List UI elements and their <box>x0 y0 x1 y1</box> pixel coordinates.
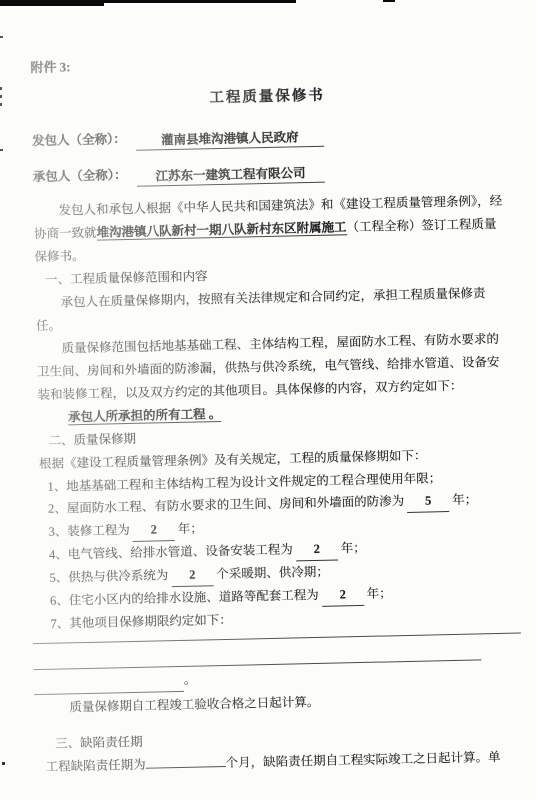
scanned-document-page: 附件 3: 工程质量保修书 发包人（全称）：灌南县堆沟港镇人民政府 承包人（全称… <box>0 0 536 800</box>
employer-value-underline: 灌南县堆沟港镇人民政府 <box>136 126 324 151</box>
contractor-label: 承包人（全称）： <box>33 168 127 184</box>
item-text: 3、装修工程为 <box>48 523 130 539</box>
item-text: 7、其他项目保修期限约定如下： <box>50 613 232 631</box>
preamble-paragraph: 发包人和承包人根据《中华人民共和国建筑法》和《建设工程质量管理条例》，经协商一致… <box>33 190 506 269</box>
scan-artifact <box>0 87 2 90</box>
scan-artifact <box>0 95 2 98</box>
blank-line-terminator: 。 <box>184 673 197 687</box>
contractor-row: 承包人（全称）：江苏东一建筑工程有限公司 <box>33 156 505 192</box>
blank-rule-lines: 。 <box>33 625 516 696</box>
scan-artifact <box>0 0 104 6</box>
blank-rule-line <box>34 667 185 695</box>
employer-row: 发包人（全称）：灌南县堆沟港镇人民政府 <box>32 120 504 156</box>
item-value-underline: 2 <box>171 563 213 587</box>
scan-artifact <box>0 36 3 38</box>
employer-label: 发包人（全称）： <box>32 132 126 148</box>
item-text: 6、住宅小区内的给排水设施、道路等配套工程为 <box>50 588 319 608</box>
scan-artifact <box>0 149 3 151</box>
defect-months-blank <box>146 765 226 768</box>
scan-artifact <box>0 103 2 106</box>
item-value-underline: 2 <box>295 537 337 561</box>
item-text: 4、电气管线、给排水管道、设备安装工程为 <box>49 542 293 561</box>
defect-text: 工程缺陷责任期为 <box>45 757 145 773</box>
agreed-scope-underline: 承包人所承担的所有工程 。 <box>68 407 221 425</box>
preamble-line1: 发包人和承包人根据《中华人民共和国建筑法》和《建设工程质量管理条例》， <box>58 194 489 217</box>
warranty-item-list: 1、地基基础工程和主体结构工程为设计文件规定的工程合理使用年限； 2、屋面防水工… <box>39 466 514 635</box>
contractor-value-underline: 江苏东一建筑工程有限公司 <box>136 162 324 187</box>
item-value-underline: 5 <box>407 489 449 513</box>
document-title: 工程质量保修书 <box>31 81 503 114</box>
item-value-underline: 2 <box>133 518 175 542</box>
item-text-suffix: 年； <box>367 586 392 601</box>
item-text: 2、屋面防水工程、有防水要求的卫生间、房间和外墙面的防渗为 <box>48 494 404 516</box>
attachment-label: 附件 3: <box>30 46 502 79</box>
item-text: 5、供热与供冷系统为 <box>49 568 168 585</box>
scan-artifact <box>100 0 296 3</box>
project-name-underline: 堆沟港镇八队新村一期八队新村东区附属施工 <box>96 220 346 240</box>
defect-text-suffix: 个月，缺陷责任期自工程实际竣工之日起计算。单 <box>225 749 500 769</box>
item-text-suffix: 年； <box>178 521 203 536</box>
section1-para2: 质量保修范围包括地基基础工程、主体结构工程，屋面防水工程、有防水要求的卫生间、房… <box>36 328 509 407</box>
item-text-suffix: 年； <box>341 541 366 556</box>
scan-artifact <box>383 0 395 2</box>
scan-artifact <box>2 762 5 765</box>
item-text-suffix: 个采暖期、供冷期； <box>216 565 329 581</box>
document-content: 附件 3: 工程质量保修书 发包人（全称）：灌南县堆沟港镇人民政府 承包人（全称… <box>30 46 518 779</box>
item-text-suffix: 年； <box>452 492 477 507</box>
item-value-underline: 2 <box>321 583 363 607</box>
